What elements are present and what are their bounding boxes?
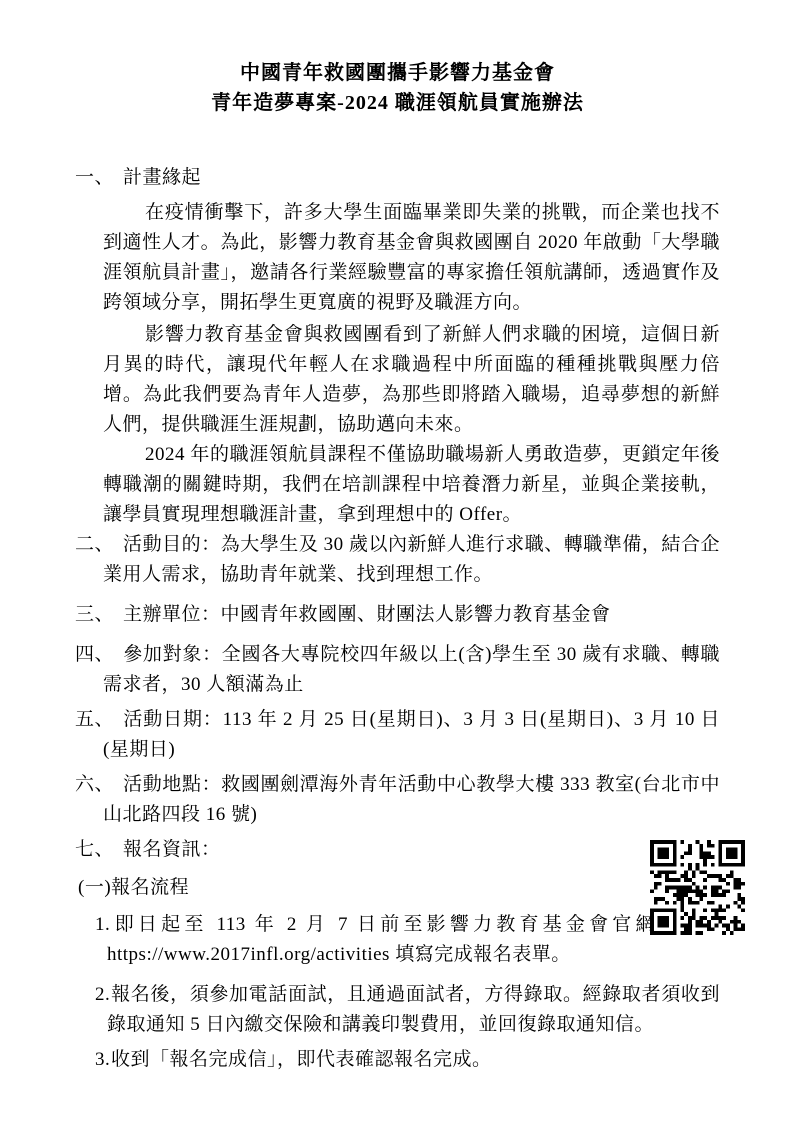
plan-origin-paragraph-1: 在疫情衝擊下，許多大學生面臨畢業即失業的挑戰，而企業也找不到適性人才。為此，影響… — [103, 198, 720, 318]
document-title-line-2: 青年造夢專案-2024 職涯領航員實施辦法 — [75, 88, 720, 118]
section-organizer: 三、主辦單位：中國青年救國團、財團法人影響力教育基金會 — [75, 600, 720, 630]
section-number-3: 三、 — [75, 600, 123, 630]
plan-origin-paragraph-3: 2024 年的職涯領航員課程不僅協助職場新人勇敢造夢，更鎖定年後轉職潮的關鍵時期… — [103, 440, 720, 530]
document-page: 中國青年救國團攜手影響力基金會 青年造夢專案-2024 職涯領航員實施辦法 一、… — [0, 0, 794, 1123]
step-text: 即日起至 113 年 2 月 7 日前至影響力教育基金會官網 https://w… — [107, 914, 655, 965]
section-number-5: 五、 — [75, 705, 123, 735]
plan-origin-paragraph-2: 影響力教育基金會與救國團看到了新鮮人們求職的困境，這個日新月異的時代，讓現代年輕… — [103, 320, 720, 440]
registration-qr-code-icon — [650, 840, 745, 935]
section-activity-dates: 五、活動日期：113 年 2 月 25 日(星期日)、3 月 3 日(星期日)、… — [75, 705, 720, 765]
document-title: 中國青年救國團攜手影響力基金會 青年造夢專案-2024 職涯領航員實施辦法 — [75, 58, 720, 118]
section-number-6: 六、 — [75, 770, 123, 800]
step-text: 收到「報名完成信」，即代表確認報名完成。 — [111, 1049, 492, 1070]
section-text: 參加對象：全國各大專院校四年級以上(含)學生至 30 歲有求職、轉職需求者，30… — [103, 644, 720, 695]
document-title-line-1: 中國青年救國團攜手影響力基金會 — [75, 58, 720, 88]
section-number-2: 二、 — [75, 530, 123, 560]
registration-flow-subheading: (一)報名流程 — [78, 873, 720, 903]
section-text: 活動日期：113 年 2 月 25 日(星期日)、3 月 3 日(星期日)、3 … — [103, 709, 720, 760]
section-participants: 四、參加對象：全國各大專院校四年級以上(含)學生至 30 歲有求職、轉職需求者，… — [75, 640, 720, 700]
registration-steps: 1.即日起至 113 年 2 月 7 日前至影響力教育基金會官網 https:/… — [95, 910, 720, 1075]
step-number: 1. — [95, 910, 111, 940]
section-heading-text: 計畫緣起 — [123, 167, 201, 188]
section-activity-goal: 二、活動目的：為大學生及 30 歲以內新鮮人進行求職、轉職準備，結合企業用人需求… — [75, 530, 720, 590]
section-plan-origin-heading: 一、計畫緣起 — [75, 163, 720, 193]
registration-step-2: 2.報名後，須參加電話面試，且通過面試者，方得錄取。經錄取者須收到錄取通知 5 … — [95, 980, 720, 1040]
section-text: 活動目的：為大學生及 30 歲以內新鮮人進行求職、轉職準備，結合企業用人需求，協… — [103, 534, 720, 585]
section-registration-info: 七、報名資訊： — [75, 835, 720, 865]
qr-code-icon — [650, 840, 745, 935]
registration-step-3: 3.收到「報名完成信」，即代表確認報名完成。 — [95, 1045, 720, 1075]
section-text: 主辦單位：中國青年救國團、財團法人影響力教育基金會 — [123, 604, 611, 625]
registration-step-1: 1.即日起至 113 年 2 月 7 日前至影響力教育基金會官網 https:/… — [95, 910, 655, 970]
section-text: 活動地點：救國團劍潭海外青年活動中心教學大樓 333 教室(台北市中山北路四段 … — [103, 774, 720, 825]
section-number-4: 四、 — [75, 640, 123, 670]
section-activity-location: 六、活動地點：救國團劍潭海外青年活動中心教學大樓 333 教室(台北市中山北路四… — [75, 770, 720, 830]
step-number: 2. — [95, 980, 111, 1010]
section-number-7: 七、 — [75, 835, 123, 865]
section-text: 報名資訊： — [123, 839, 221, 860]
step-number: 3. — [95, 1045, 111, 1075]
section-number-1: 一、 — [75, 163, 123, 193]
step-text: 報名後，須參加電話面試，且通過面試者，方得錄取。經錄取者須收到錄取通知 5 日內… — [107, 984, 720, 1035]
